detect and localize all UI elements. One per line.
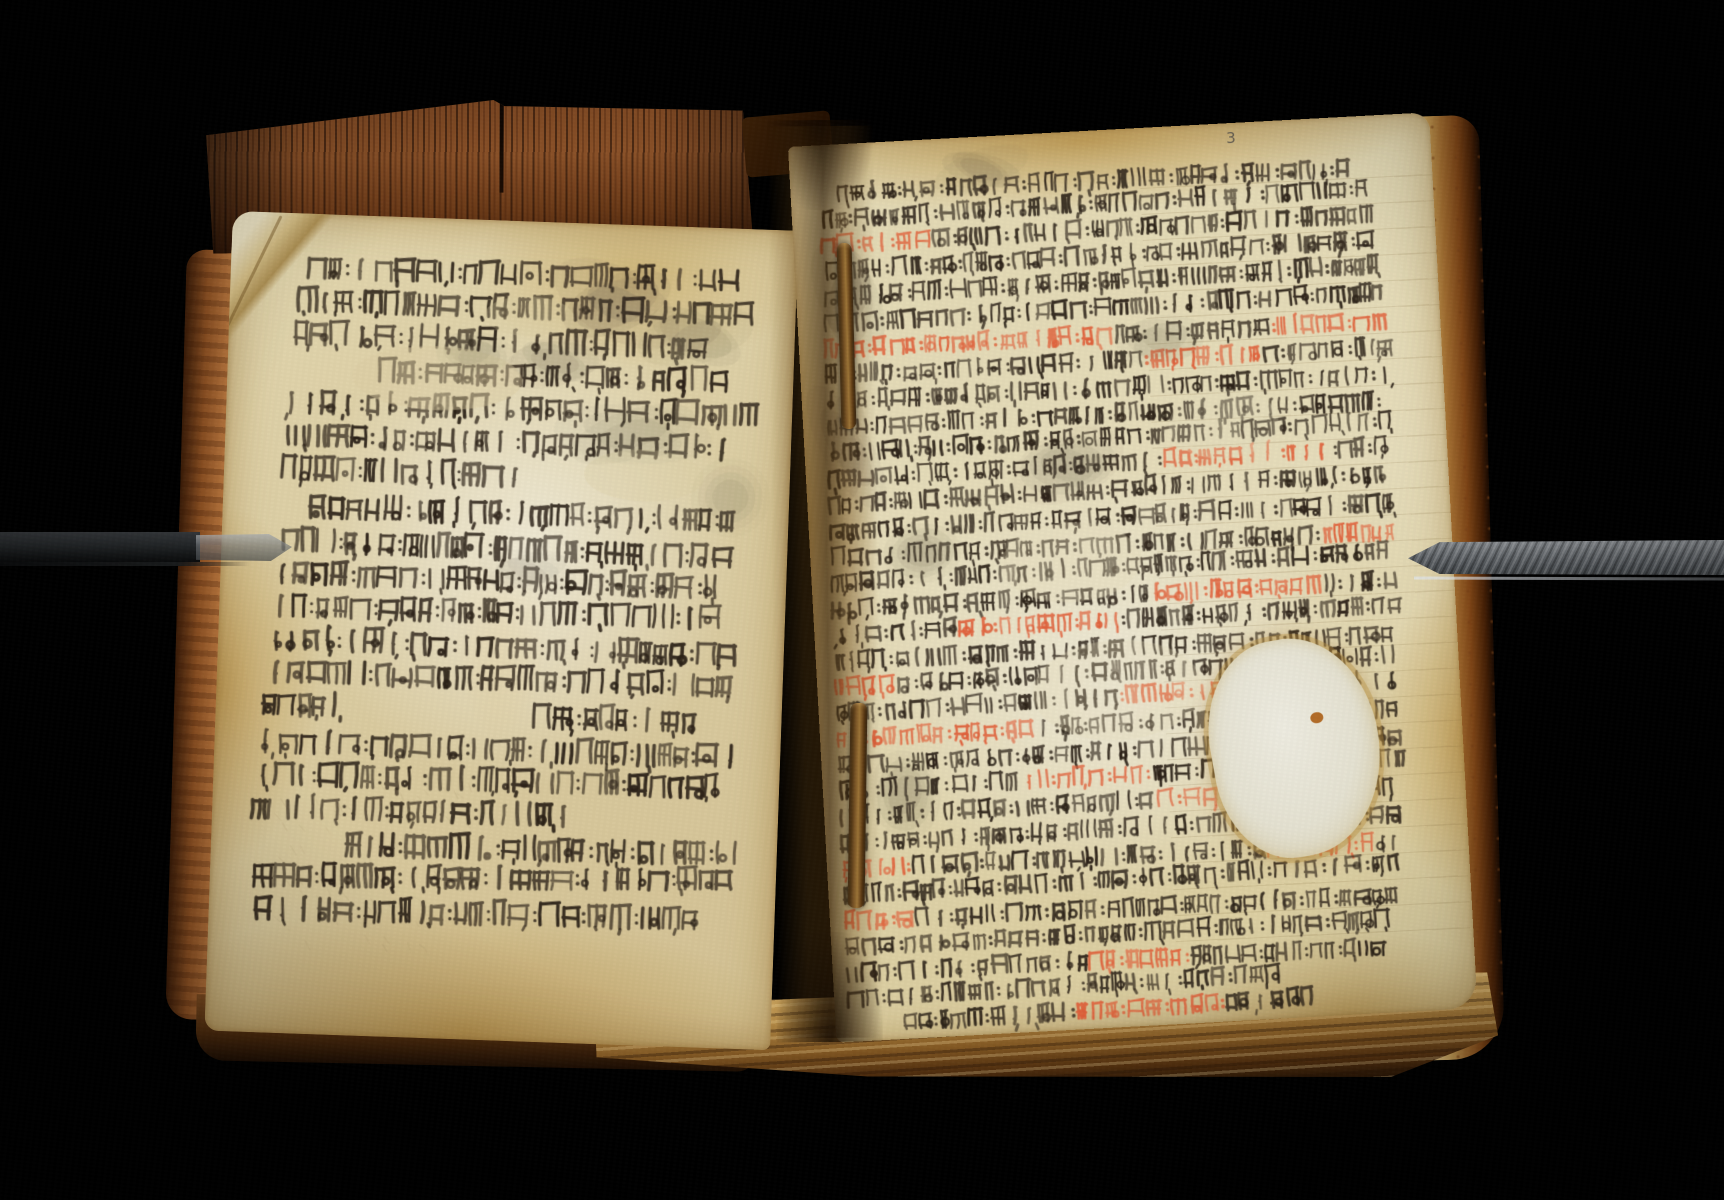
book-weight-right — [1408, 540, 1724, 575]
curled-corner — [224, 211, 361, 353]
manuscript-photo: 3 — [0, 0, 1724, 1200]
left-page — [204, 211, 798, 1050]
book-weight-left — [0, 532, 200, 562]
binding-cord-middle — [848, 703, 868, 908]
folio-number: 3 — [1226, 129, 1236, 147]
right-page-handwriting — [788, 112, 1478, 1042]
right-page: 3 — [788, 112, 1478, 1042]
